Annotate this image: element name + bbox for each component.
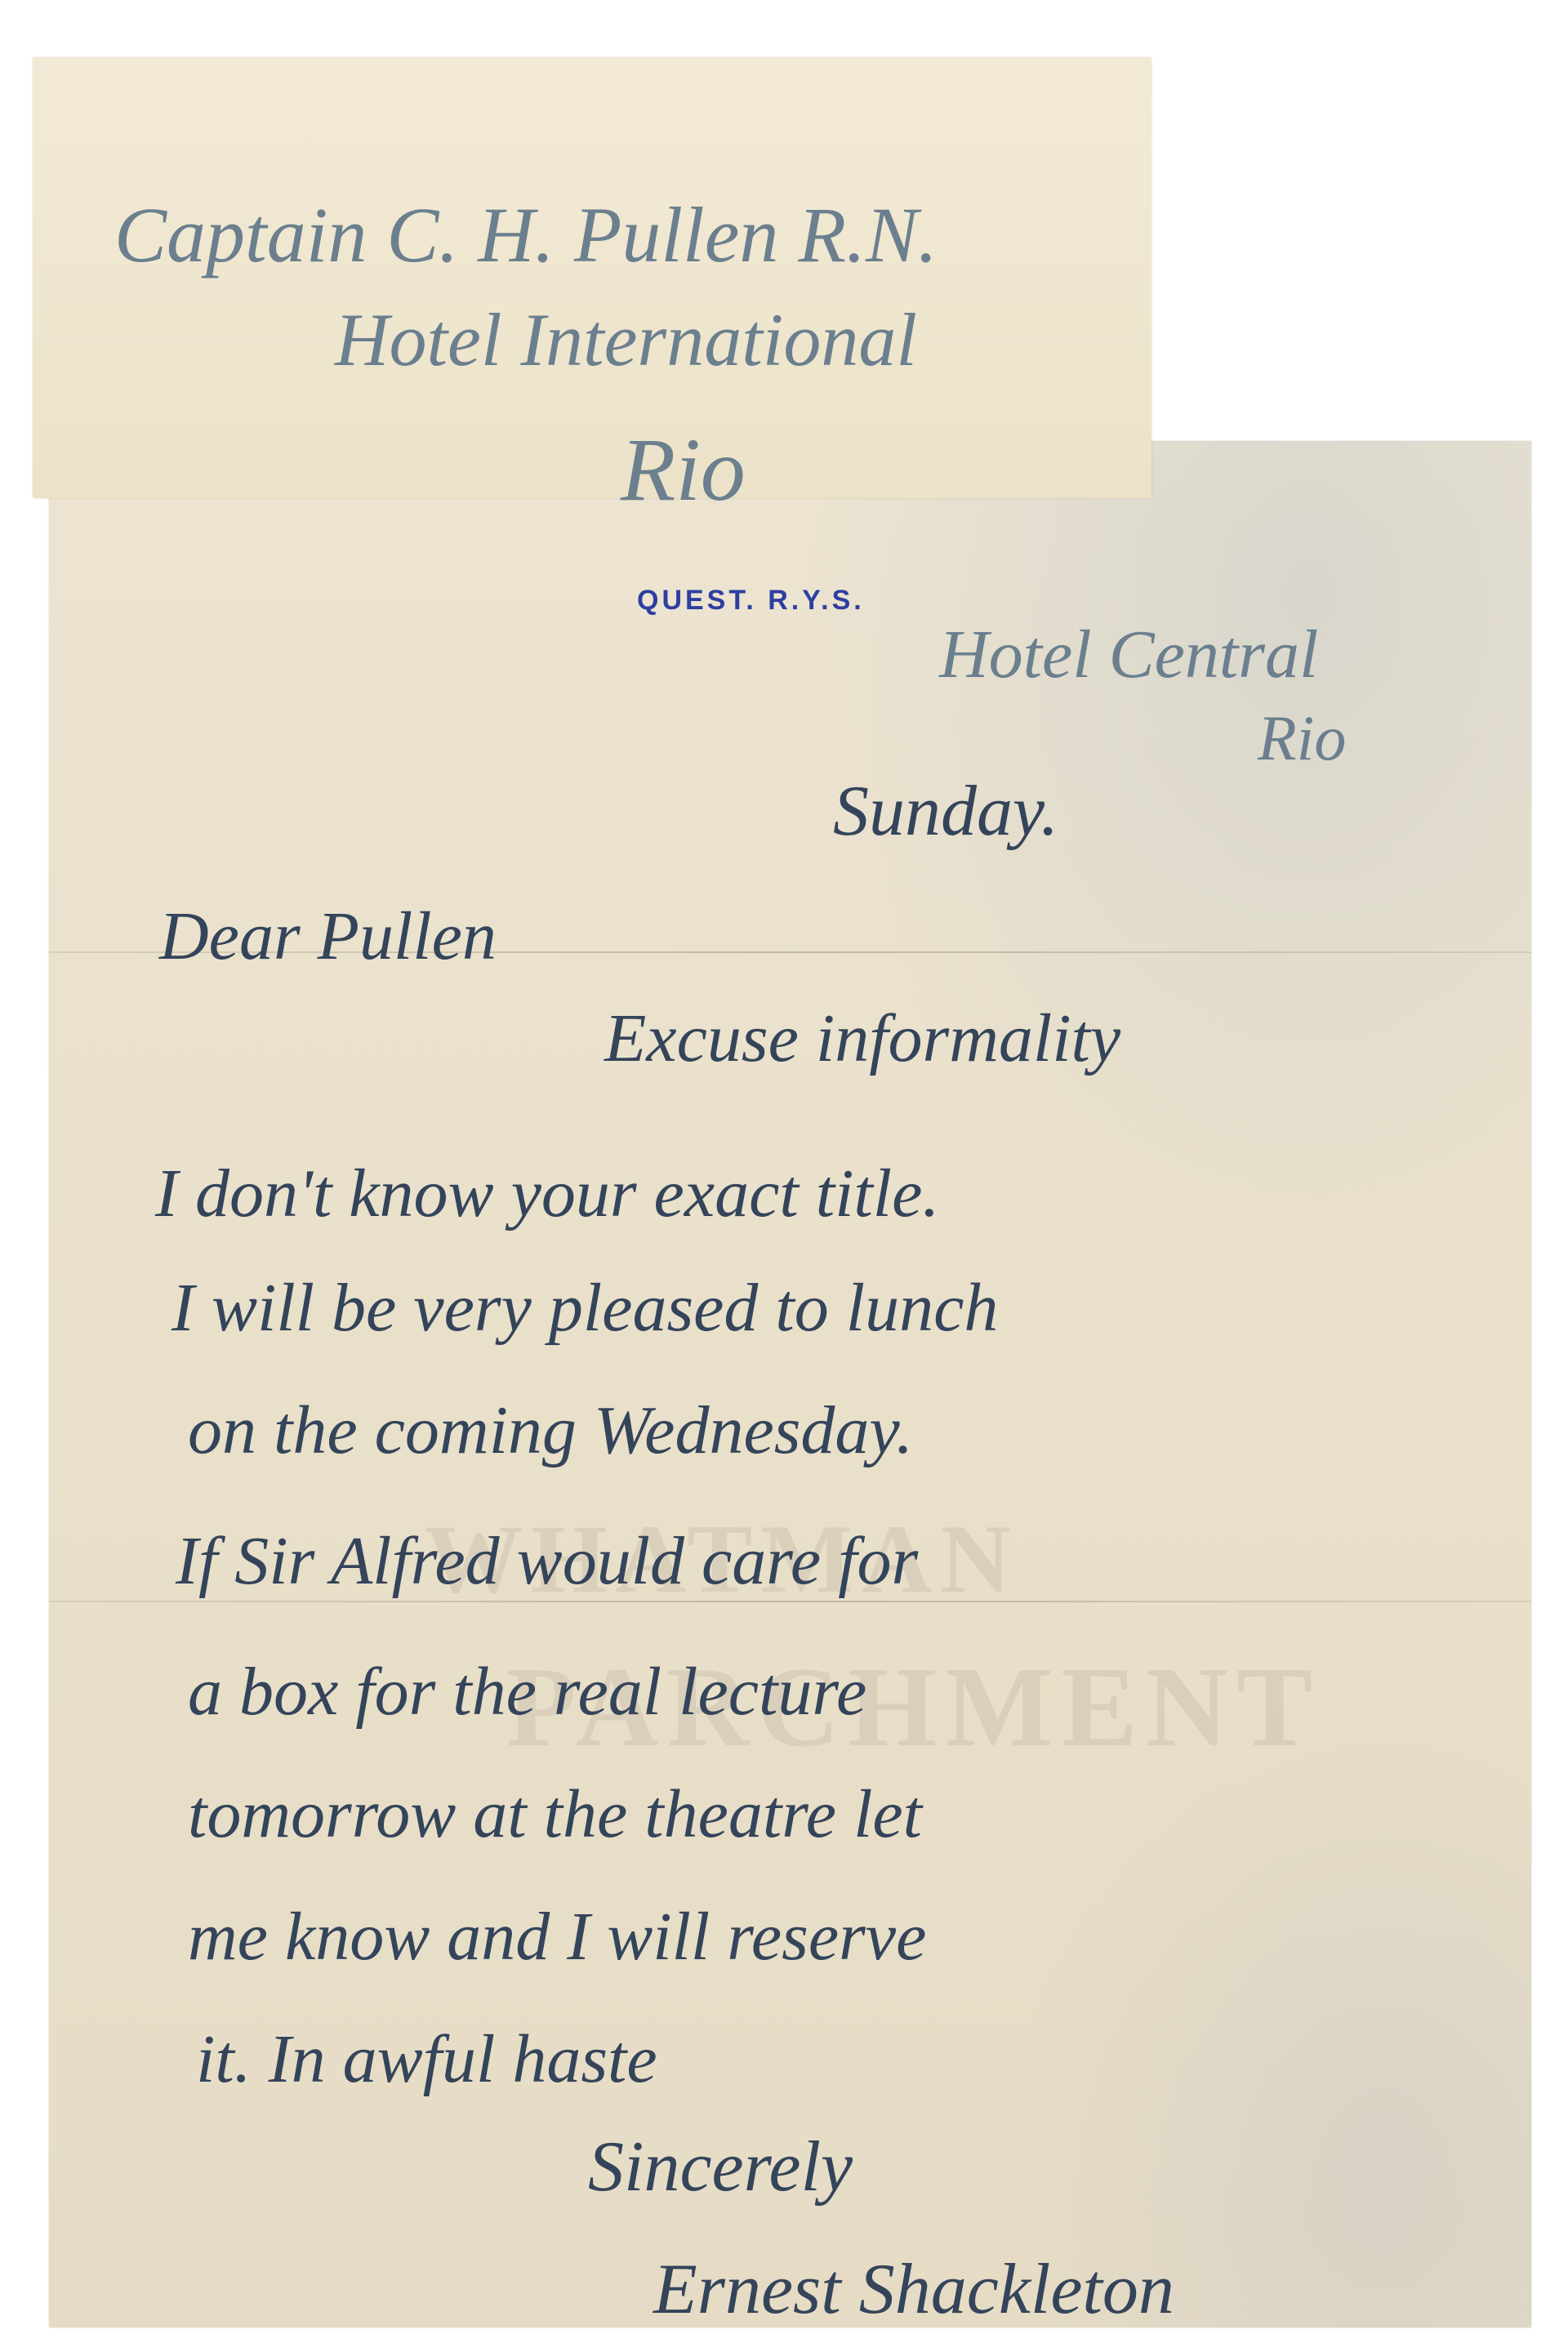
letter-body-line: I will be very pleased to lunch [171, 1274, 998, 1343]
letter-salutation: Dear Pullen [159, 902, 497, 971]
envelope-hotel: Hotel International [335, 302, 917, 377]
letter-address-line: Hotel Central [939, 621, 1318, 689]
envelope-city: Rio [621, 425, 746, 514]
letter-body-line: it. In awful haste [196, 2025, 657, 2094]
letter-signature: Ernest Shackleton [653, 2254, 1174, 2326]
letter-date: Sunday. [833, 776, 1058, 848]
letter-address-line: Rio [1258, 706, 1346, 770]
letter-body-line: I don't know your exact title. [155, 1160, 939, 1228]
letter-body-line: a box for the real lecture [188, 1658, 866, 1726]
envelope-fragment: Captain C. H. Pullen R.N. Hotel Internat… [33, 57, 1151, 498]
letter-body-line: If Sir Alfred would care for [176, 1527, 918, 1596]
letter-body-line: on the coming Wednesday. [188, 1396, 913, 1465]
letter-body-line: Excuse informality [604, 1004, 1120, 1073]
letter-body-line: tomorrow at the theatre let [188, 1780, 922, 1849]
letter-body-line: me know and I will reserve [188, 1903, 926, 1971]
letter-closing: Sincerely [588, 2131, 853, 2203]
envelope-addressee: Captain C. H. Pullen R.N. [114, 196, 938, 274]
letterhead: QUEST. R.Y.S. [637, 585, 865, 617]
